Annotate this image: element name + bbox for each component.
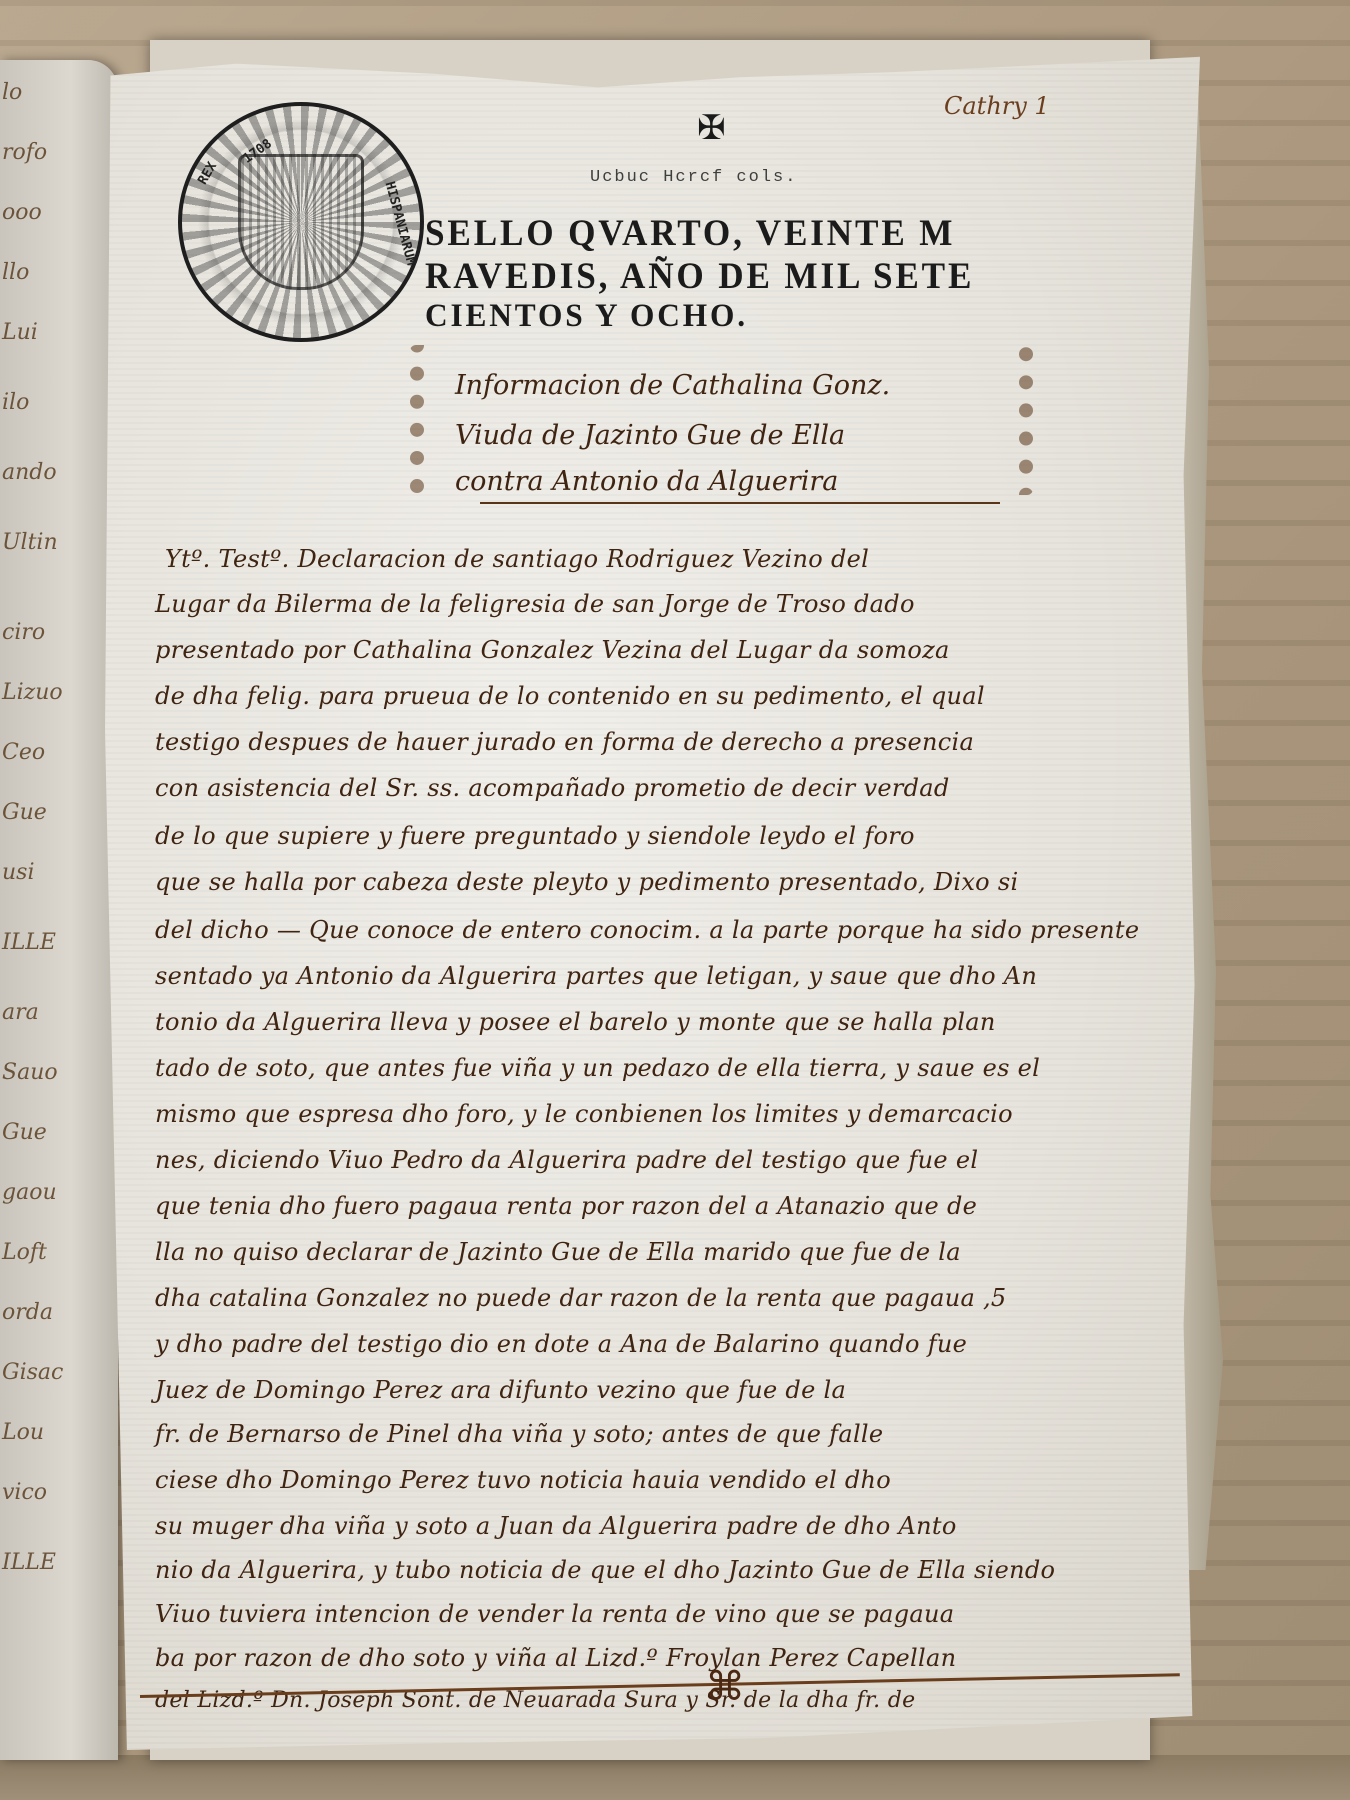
manuscript-line: nio da Alguerira, y tubo noticia de que … bbox=[155, 1556, 1055, 1584]
left-page-fragment: Gue bbox=[2, 800, 47, 825]
manuscript-line: su muger dha viña y soto a Juan da Algue… bbox=[155, 1512, 957, 1540]
title-line: Viuda de Jazinto Gue de Ella bbox=[455, 420, 845, 451]
left-page-fragment: Ultin bbox=[2, 530, 58, 555]
stamp-line: SELLO QVARTO, VEINTE M bbox=[425, 212, 955, 255]
left-page-fragment: vico bbox=[2, 1480, 47, 1505]
left-facing-page: lo rofo ooo llo Lui ilo ando Ultin ciro … bbox=[0, 60, 118, 1760]
manuscript-line: del dicho — Que conoce de entero conocim… bbox=[155, 916, 1139, 944]
royal-seal-stamp: REX HISPANIARUM 1708 bbox=[178, 102, 424, 342]
manuscript-line: de lo que supiere y fuere preguntado y s… bbox=[155, 822, 915, 850]
left-page-fragment: Lizuo bbox=[2, 680, 63, 705]
manuscript-line: presentado por Cathalina Gonzalez Vezina… bbox=[155, 636, 950, 664]
manuscript-line: ba por razon de dho soto y viña al Lizd.… bbox=[155, 1644, 956, 1672]
left-page-fragment: ILLE bbox=[2, 1550, 56, 1575]
manuscript-line: tado de soto, que antes fue viña y un pe… bbox=[155, 1054, 1040, 1082]
manuscript-line: que tenia dho fuero pagaua renta por raz… bbox=[155, 1192, 977, 1220]
left-page-fragment: rofo bbox=[2, 140, 47, 165]
left-page-fragment: Lui bbox=[2, 320, 38, 345]
manuscript-line: con asistencia del Sr. ss. acompañado pr… bbox=[155, 774, 950, 802]
title-underline bbox=[480, 502, 1000, 504]
manuscript-line: fr. de Bernarso de Pinel dha viña y soto… bbox=[155, 1420, 883, 1448]
manuscript-line: ciese dho Domingo Perez tuvo noticia hau… bbox=[155, 1466, 891, 1494]
seal-year: 1708 bbox=[241, 136, 275, 166]
left-page-fragment: Lou bbox=[2, 1420, 44, 1445]
notary-rubric-icon: ⌘ bbox=[705, 1664, 745, 1710]
manuscript-line: Juez de Domingo Perez ara difunto vezino… bbox=[155, 1376, 846, 1404]
seal-legend-right: HISPANIARUM bbox=[382, 180, 419, 267]
left-page-fragment: gaou bbox=[2, 1180, 57, 1205]
manuscript-line: y dho padre del testigo dio en dote a An… bbox=[155, 1330, 967, 1358]
folio-mark: Cathry 1 bbox=[944, 92, 1050, 120]
left-page-fragment: ilo bbox=[2, 390, 29, 415]
manuscript-line: testigo despues de hauer jurado en forma… bbox=[155, 728, 974, 756]
seal-legend-left: REX bbox=[195, 160, 220, 188]
title-line: contra Antonio da Alguerira bbox=[455, 466, 838, 497]
left-page-fragment: ciro bbox=[2, 620, 45, 645]
left-page-fragment: ara bbox=[2, 1000, 39, 1025]
manuscript-line: nes, diciendo Viuo Pedro da Alguerira pa… bbox=[155, 1146, 978, 1174]
manuscript-line: de dha felig. para prueua de lo contenid… bbox=[155, 682, 985, 710]
left-page-fragment: Ceo bbox=[2, 740, 45, 765]
left-page-fragment: Gisac bbox=[2, 1360, 63, 1385]
left-page-fragment: ando bbox=[2, 460, 57, 485]
stamp-heading: Ucbuc Hcrcf cols. bbox=[590, 168, 797, 187]
left-page-fragment: orda bbox=[2, 1300, 53, 1325]
cardboard-background-edge bbox=[0, 1755, 1350, 1800]
manuscript-line: mismo que espresa dho foro, y le conbien… bbox=[155, 1100, 1013, 1128]
manuscript-line: lla no quiso declarar de Jazinto Gue de … bbox=[155, 1238, 961, 1266]
manuscript-line: Lugar da Bilerma de la feligresia de san… bbox=[155, 590, 915, 618]
left-page-fragment: ooo bbox=[2, 200, 42, 225]
left-page-fragment: llo bbox=[2, 260, 29, 285]
left-page-fragment: Sauo bbox=[2, 1060, 58, 1085]
stamp-line: CIENTOS Y OCHO. bbox=[425, 298, 748, 335]
manuscript-line: dha catalina Gonzalez no puede dar razon… bbox=[155, 1284, 1007, 1312]
title-line: Informacion de Cathalina Gonz. bbox=[455, 370, 890, 401]
cross-icon: ✠ bbox=[697, 108, 726, 148]
manuscript-line: Viuo tuviera intencion de vender la rent… bbox=[155, 1600, 954, 1628]
left-page-fragment: usi bbox=[2, 860, 35, 885]
manuscript-line: que se halla por cabeza deste pleyto y p… bbox=[155, 868, 1018, 896]
left-page-fragment: Loft bbox=[2, 1240, 47, 1265]
left-page-fragment: ILLE bbox=[2, 930, 56, 955]
manuscript-line: Ytº. Testº. Declaracion de santiago Rodr… bbox=[165, 545, 869, 573]
seal-legend: REX HISPANIARUM 1708 bbox=[182, 106, 420, 338]
left-page-fragment: lo bbox=[2, 80, 22, 105]
manuscript-line: tonio da Alguerira lleva y posee el bare… bbox=[155, 1008, 996, 1036]
manuscript-line: sentado ya Antonio da Alguerira partes q… bbox=[155, 962, 1037, 990]
stamp-line: RAVEDIS, AÑO DE MIL SETE bbox=[425, 255, 974, 298]
left-page-fragment: Gue bbox=[2, 1120, 47, 1145]
